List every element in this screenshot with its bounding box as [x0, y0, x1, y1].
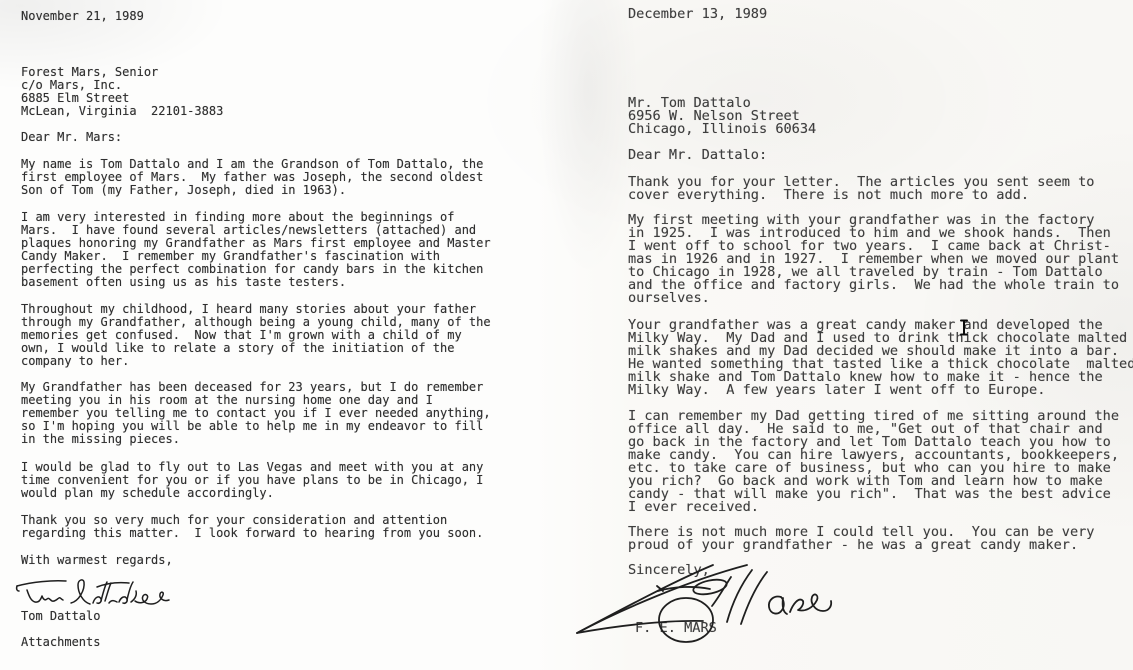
scanned-letters-canvas: { "colors": { "ink": "#1f1f1f", "paper":…: [0, 0, 1133, 670]
left-salutation: Dear Mr. Mars:: [21, 131, 122, 144]
left-body-paragraph: Thank you so very much for your consider…: [21, 514, 483, 540]
right-salutation: Dear Mr. Dattalo:: [628, 149, 767, 162]
left-body-paragraph: I would be glad to fly out to Las Vegas …: [21, 461, 483, 500]
tom-dattalo-signature-icon: [14, 574, 174, 610]
left-body-paragraph: I am very interested in finding more abo…: [21, 211, 491, 289]
left-recipient-address: Forest Mars, Senior c/o Mars, Inc. 6885 …: [21, 66, 223, 118]
left-letter-page: November 21, 1989 Forest Mars, Senior c/…: [0, 0, 566, 670]
right-body-paragraph: My first meeting with your grandfather w…: [628, 214, 1119, 305]
left-letter-date: November 21, 1989: [21, 10, 144, 23]
right-letter-date: December 13, 1989: [628, 8, 767, 21]
right-recipient-address: Mr. Tom Dattalo 6956 W. Nelson Street Ch…: [628, 97, 816, 136]
left-body-paragraph: Throughout my childhood, I heard many st…: [21, 303, 491, 368]
right-body-paragraph: Thank you for your letter. The articles …: [628, 176, 1095, 202]
left-body-paragraph: My name is Tom Dattalo and I am the Gran…: [21, 158, 483, 197]
right-body-paragraph: Your grandfather was a great candy maker…: [628, 319, 1133, 397]
text-cursor-icon: [959, 319, 970, 336]
fe-mars-signature-icon: [560, 548, 845, 658]
left-typed-name: Tom Dattalo: [21, 610, 100, 623]
right-body-paragraph: I can remember my Dad getting tired of m…: [628, 410, 1119, 514]
left-closing-line: With warmest regards,: [21, 554, 173, 567]
left-body-paragraph: My Grandfather has been deceased for 23 …: [21, 381, 491, 446]
left-enclosure-note: Attachments: [21, 636, 100, 649]
right-letter-page: December 13, 1989 Mr. Tom Dattalo 6956 W…: [566, 0, 1133, 670]
